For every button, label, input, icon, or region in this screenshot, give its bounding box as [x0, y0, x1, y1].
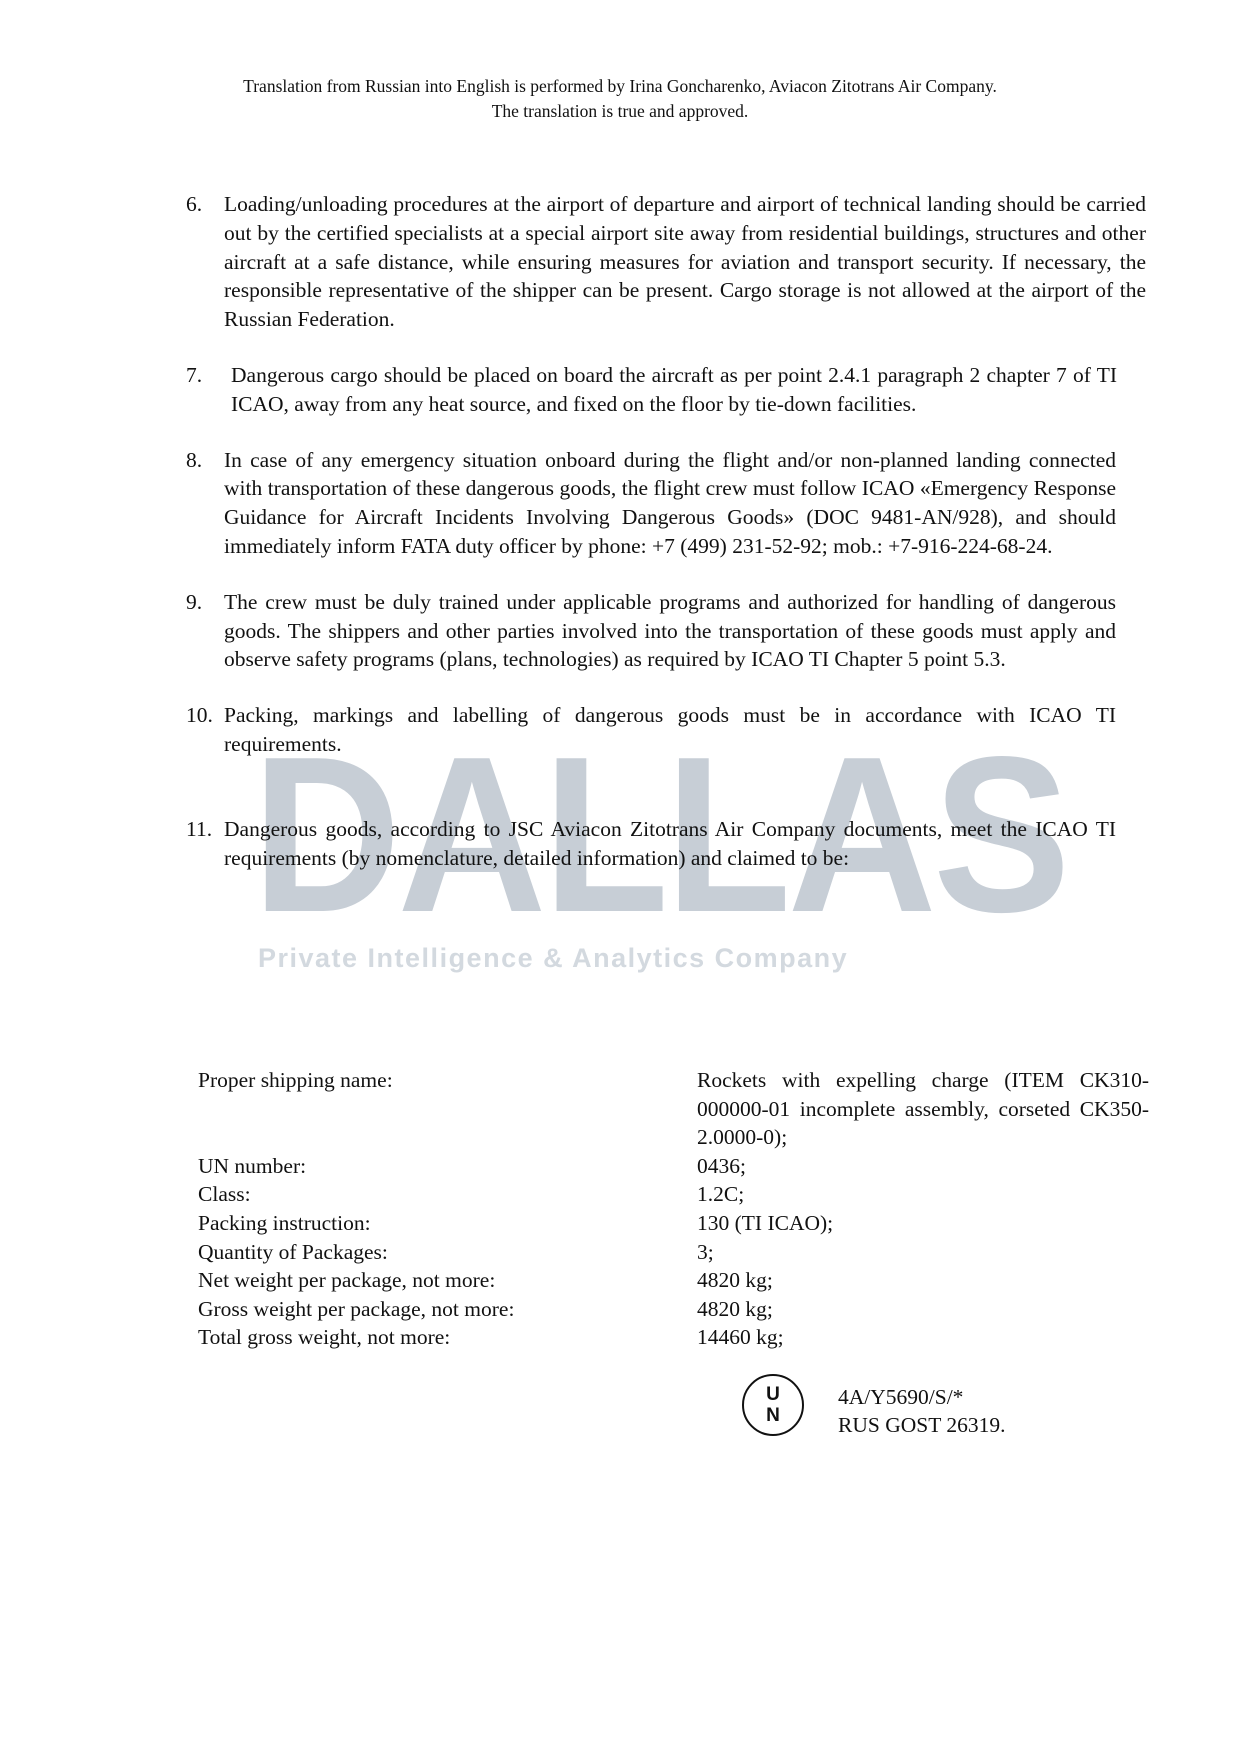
spec-value: 1.2C;: [697, 1180, 1149, 1209]
spec-row: Total gross weight, not more: 14460 kg;: [198, 1323, 1158, 1352]
spec-row: Class: 1.2C;: [198, 1180, 1158, 1209]
spec-value: Rockets with expelling charge (ITEM CK31…: [697, 1066, 1149, 1152]
translation-header: Translation from Russian into English is…: [0, 74, 1240, 124]
un-code-line-1: 4A/Y5690/S/*: [838, 1383, 1005, 1411]
un-packaging-symbol-icon: U N: [742, 1374, 804, 1436]
item-text: Packing, markings and labelling of dange…: [224, 701, 1116, 759]
item-number: 7.: [186, 361, 231, 419]
spec-row: Gross weight per package, not more: 4820…: [198, 1295, 1158, 1324]
spec-label: Net weight per package, not more:: [198, 1266, 697, 1295]
un-code-line-2: RUS GOST 26319.: [838, 1411, 1005, 1439]
item-number: 11.: [186, 815, 224, 873]
spec-value: 130 (TI ICAO);: [697, 1209, 1149, 1238]
spec-label: Packing instruction:: [198, 1209, 697, 1238]
list-item: 8. In case of any emergency situation on…: [186, 446, 1146, 561]
spec-value: 4820 kg;: [697, 1295, 1149, 1324]
spec-label: Gross weight per package, not more:: [198, 1295, 697, 1324]
spec-value: 14460 kg;: [697, 1323, 1149, 1352]
item-text: Dangerous goods, according to JSC Aviaco…: [224, 815, 1116, 873]
spec-row: UN number: 0436;: [198, 1152, 1158, 1181]
spec-row: Proper shipping name: Rockets with expel…: [198, 1066, 1158, 1152]
list-item: 7. Dangerous cargo should be placed on b…: [186, 361, 1146, 419]
list-item: 10. Packing, markings and labelling of d…: [186, 701, 1146, 759]
item-number: 10.: [186, 701, 224, 759]
item-text: Dangerous cargo should be placed on boar…: [231, 361, 1117, 419]
item-number: 6.: [186, 190, 224, 334]
spec-label: UN number:: [198, 1152, 697, 1181]
watermark-subtitle: Private Intelligence & Analytics Company: [258, 943, 998, 974]
spec-label: Total gross weight, not more:: [198, 1323, 697, 1352]
spec-value: 3;: [697, 1238, 1149, 1267]
item-text: In case of any emergency situation onboa…: [224, 446, 1116, 561]
item-number: 9.: [186, 588, 224, 674]
list-item: 11. Dangerous goods, according to JSC Av…: [186, 815, 1146, 873]
un-packaging-mark: U N 4A/Y5690/S/* RUS GOST 26319.: [742, 1371, 1005, 1439]
list-item: 9. The crew must be duly trained under a…: [186, 588, 1146, 674]
spec-label: Quantity of Packages:: [198, 1238, 697, 1267]
spec-value: 4820 kg;: [697, 1266, 1149, 1295]
item-text: Loading/unloading procedures at the airp…: [224, 190, 1146, 334]
item-number: 8.: [186, 446, 224, 561]
spec-row: Net weight per package, not more: 4820 k…: [198, 1266, 1158, 1295]
un-packaging-code: 4A/Y5690/S/* RUS GOST 26319.: [838, 1383, 1005, 1439]
item-text: The crew must be duly trained under appl…: [224, 588, 1116, 674]
header-line-2: The translation is true and approved.: [0, 99, 1240, 124]
spec-value: 0436;: [697, 1152, 1149, 1181]
spec-label: Class:: [198, 1180, 697, 1209]
un-letter-n: N: [766, 1405, 780, 1426]
header-line-1: Translation from Russian into English is…: [0, 74, 1240, 99]
spec-label: Proper shipping name:: [198, 1066, 697, 1152]
spec-row: Packing instruction: 130 (TI ICAO);: [198, 1209, 1158, 1238]
spec-row: Quantity of Packages: 3;: [198, 1238, 1158, 1267]
numbered-list: 6. Loading/unloading procedures at the a…: [186, 190, 1146, 872]
un-letter-u: U: [766, 1384, 780, 1405]
dangerous-goods-spec-table: Proper shipping name: Rockets with expel…: [198, 1066, 1158, 1352]
list-item: 6. Loading/unloading procedures at the a…: [186, 190, 1146, 334]
